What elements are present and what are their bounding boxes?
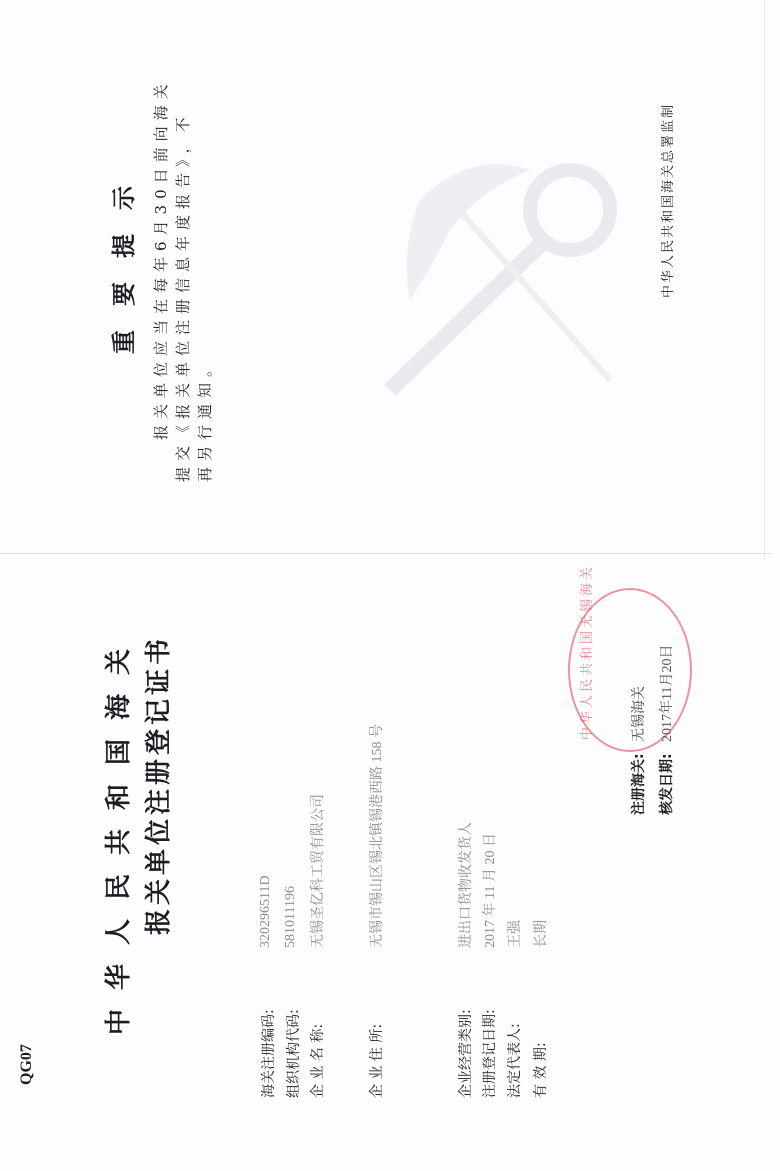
certificate-title-line2: 报关单位注册登记证书	[138, 635, 175, 935]
notice-line-1: 报关单位应当在每年6月30日前向海关	[150, 78, 171, 440]
field-label: 海关注册编码:	[258, 1009, 278, 1098]
notice-line-2: 提交《报关单位注册信息年度报告》，不	[172, 111, 193, 482]
supervisor-line: 中华人民共和国海关总署监制	[657, 103, 676, 298]
page-edge	[764, 0, 765, 560]
registration-customs-value: 无锡海关	[628, 686, 648, 742]
scanned-certificate: QG07 中华人民共和国海关 报关单位注册登记证书 海关注册编码:3202965…	[0, 0, 780, 1171]
field-label: 企 业 名 称:	[307, 1024, 327, 1098]
field-value: 进出口货物收发货人	[455, 822, 475, 948]
customs-emblem-watermark-icon	[330, 140, 630, 420]
field-value: 无锡圣亿科工贸有限公司	[307, 794, 327, 948]
field-label: 注册登记日期:	[479, 1009, 499, 1098]
registration-customs-label: 注册海关:	[628, 753, 648, 815]
field-label: 法定代表人:	[504, 1023, 524, 1098]
field-value: 王强	[504, 920, 524, 948]
field-value: 581011196	[283, 886, 299, 948]
page-fold-line	[0, 553, 772, 554]
seal-text: 中华人民共和国无锡海关	[576, 564, 595, 740]
field-value: 320296511D	[258, 875, 274, 948]
field-label: 组织机构代码:	[283, 1009, 303, 1098]
field-label: 企业经营类别:	[455, 1009, 475, 1098]
field-label: 有 效 期:	[530, 1042, 550, 1098]
field-value: 无锡市锡山区锡北镇锡港西路 158 号	[366, 724, 386, 948]
issue-date-label: 核发日期:	[656, 753, 676, 815]
notice-title: 重要提示	[104, 162, 139, 354]
field-value: 长期	[530, 920, 550, 948]
field-value: 2017 年 11 月 20 日	[479, 833, 499, 948]
issue-date-value: 2017年11月20日	[656, 645, 676, 742]
certificate-title-line1: 中华人民共和国海关	[98, 630, 135, 1035]
field-label: 企 业 住 所:	[366, 1024, 386, 1098]
notice-line-3: 再另行通知。	[194, 356, 215, 482]
form-code: QG07	[18, 1044, 36, 1085]
